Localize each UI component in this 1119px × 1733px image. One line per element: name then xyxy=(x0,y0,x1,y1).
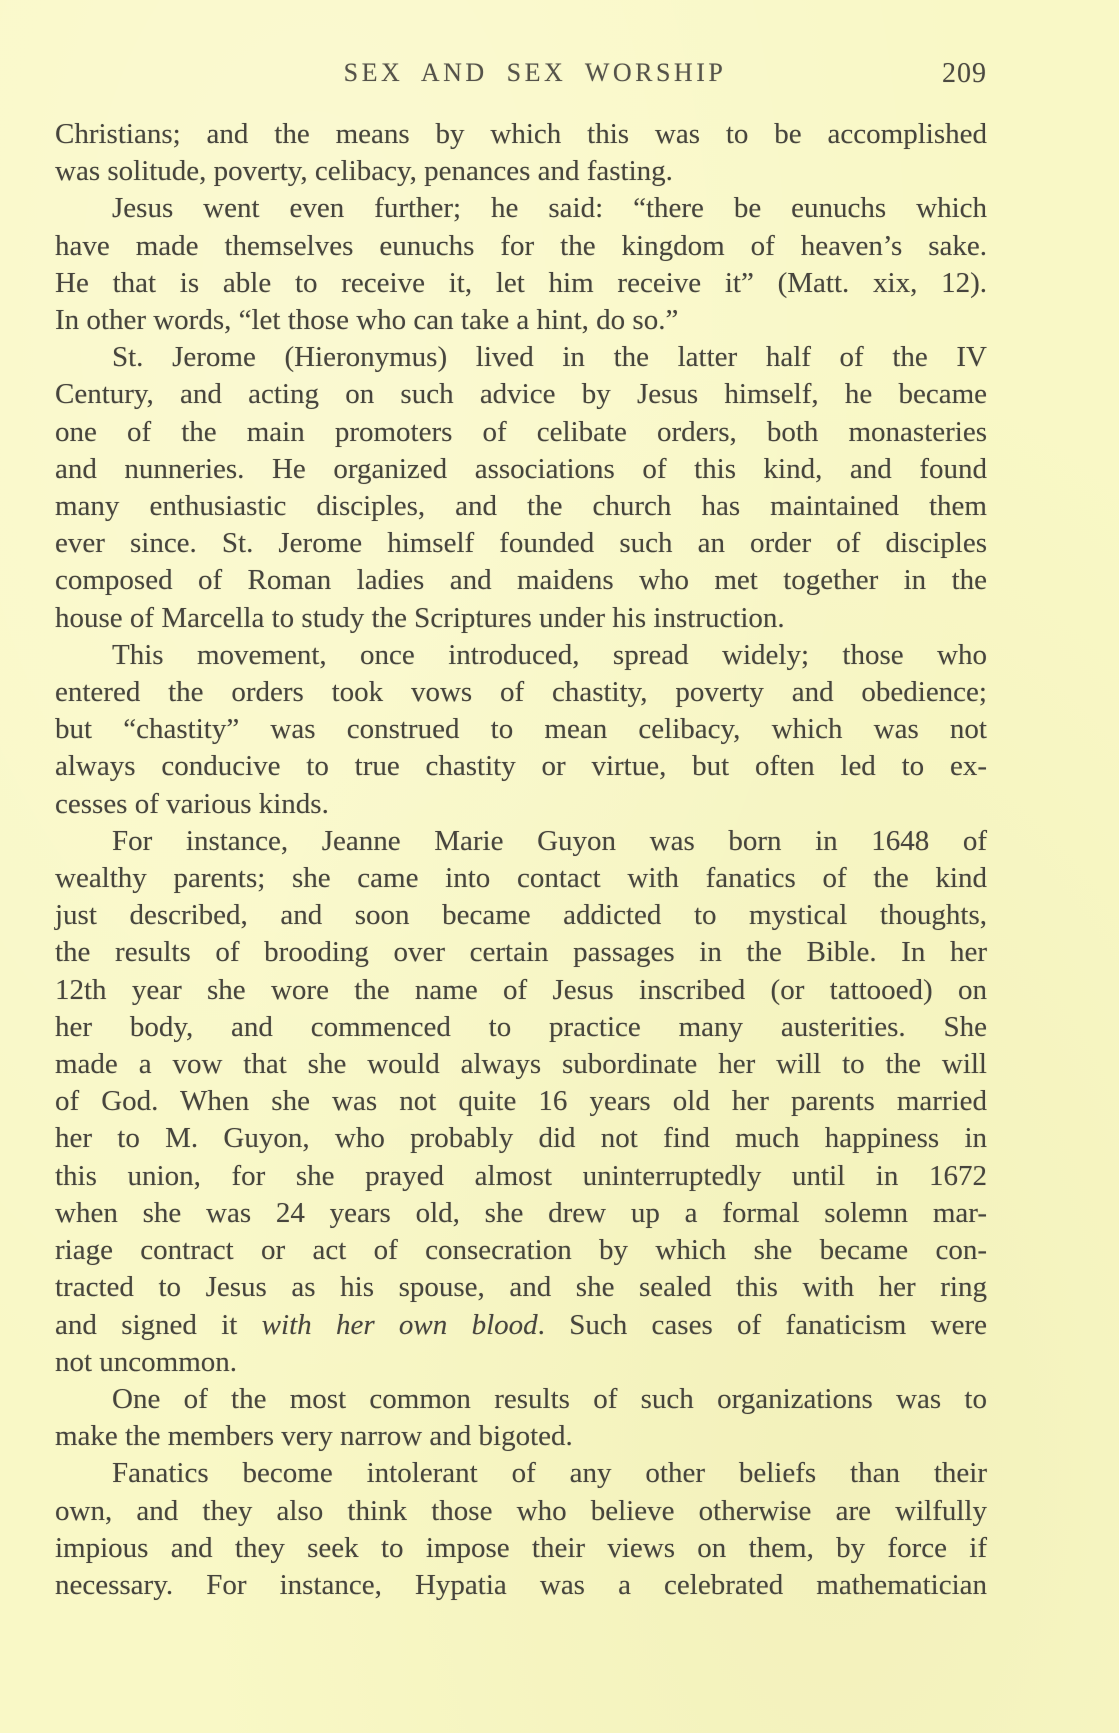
text-segment: In other words, “let those who can take … xyxy=(55,304,678,336)
text-line: necessary. For instance, Hypatia was a c… xyxy=(55,1567,987,1604)
text-line: have made themselves eunuchs for the kin… xyxy=(55,228,987,265)
text-segment: One of the most common results of such o… xyxy=(112,1383,987,1415)
text-line: house of Marcella to study the Scripture… xyxy=(55,600,987,637)
text-line: riage contract or act of consecration by… xyxy=(55,1232,987,1269)
text-line: composed of Roman ladies and maidens who… xyxy=(55,562,987,599)
text-line: 12th year she wore the name of Jesus ins… xyxy=(55,972,987,1009)
text-line: Century, and acting on such advice by Je… xyxy=(55,376,987,413)
text-segment: 12th year she wore the name of Jesus ins… xyxy=(55,974,987,1006)
text-segment: house of Marcella to study the Scripture… xyxy=(55,602,785,634)
text-segment: just described, and soon became addicted… xyxy=(55,899,987,931)
text-line: One of the most common results of such o… xyxy=(55,1381,987,1418)
text-segment: of God. When she was not quite 16 years … xyxy=(55,1085,987,1117)
text-line: one of the main promoters of celibate or… xyxy=(55,414,987,451)
text-line: but “chastity” was construed to mean cel… xyxy=(55,711,987,748)
text-line: and nunneries. He organized associations… xyxy=(55,451,987,488)
text-line: tracted to Jesus as his spouse, and she … xyxy=(55,1269,987,1306)
text-segment: riage contract or act of consecration by… xyxy=(55,1234,987,1266)
text-segment: one of the main promoters of celibate or… xyxy=(55,416,987,448)
text-segment: entered the orders took vows of chastity… xyxy=(55,676,987,708)
text-line: and signed it with her own blood. Such c… xyxy=(55,1307,987,1344)
text-line: In other words, “let those who can take … xyxy=(55,302,987,339)
text-line: He that is able to receive it, let him r… xyxy=(55,265,987,302)
text-line: For instance, Jeanne Marie Guyon was bor… xyxy=(55,823,987,860)
book-page: SEX AND SEX WORSHIP 209 Christians; and … xyxy=(0,0,1119,1733)
text-line: when she was 24 years old, she drew up a… xyxy=(55,1195,987,1232)
text-segment: Jesus went even further; he said: “there… xyxy=(112,192,987,224)
text-line: Fanatics become intolerant of any other … xyxy=(55,1455,987,1492)
text-line: always conducive to true chastity or vir… xyxy=(55,748,987,785)
text-line: make the members very narrow and bigoted… xyxy=(55,1418,987,1455)
text-segment: impious and they seek to impose their vi… xyxy=(55,1532,987,1564)
text-segment: the results of brooding over certain pas… xyxy=(55,936,987,968)
text-segment: was solitude, poverty, celibacy, penance… xyxy=(55,155,673,187)
text-line: her to M. Guyon, who probably did not fi… xyxy=(55,1120,987,1157)
text-line: impious and they seek to impose their vi… xyxy=(55,1530,987,1567)
text-segment: this union, for she prayed almost uninte… xyxy=(55,1160,987,1192)
text-segment: Fanatics become intolerant of any other … xyxy=(112,1457,987,1489)
text-segment: make the members very narrow and bigoted… xyxy=(55,1420,573,1452)
text-line: her body, and commenced to practice many… xyxy=(55,1009,987,1046)
text-line: wealthy parents; she came into contact w… xyxy=(55,860,987,897)
text-segment: have made themselves eunuchs for the kin… xyxy=(55,230,987,262)
page-body: Christians; and the means by which this … xyxy=(55,116,987,1604)
page-header: SEX AND SEX WORSHIP 209 xyxy=(55,58,987,94)
text-segment: This movement, once introduced, spread w… xyxy=(112,639,987,671)
text-line: entered the orders took vows of chastity… xyxy=(55,674,987,711)
text-line: just described, and soon became addicted… xyxy=(55,897,987,934)
text-segment: always conducive to true chastity or vir… xyxy=(55,750,987,782)
text-line: this union, for she prayed almost uninte… xyxy=(55,1158,987,1195)
text-line: was solitude, poverty, celibacy, penance… xyxy=(55,153,987,190)
text-segment: but “chastity” was construed to mean cel… xyxy=(55,713,987,745)
text-segment: tracted to Jesus as his spouse, and she … xyxy=(55,1271,987,1303)
text-segment: composed of Roman ladies and maidens who… xyxy=(55,564,987,596)
text-segment: Christians; and the means by which this … xyxy=(55,118,987,150)
text-line: Jesus went even further; he said: “there… xyxy=(55,190,987,227)
running-title: SEX AND SEX WORSHIP xyxy=(55,58,987,88)
text-segment: wealthy parents; she came into contact w… xyxy=(55,862,987,894)
text-segment: many enthusiastic disciples, and the chu… xyxy=(55,490,987,522)
text-line: many enthusiastic disciples, and the chu… xyxy=(55,488,987,525)
text-segment: her to M. Guyon, who probably did not fi… xyxy=(55,1122,987,1154)
page-number: 209 xyxy=(942,58,987,90)
text-segment: St. Jerome (Hieronymus) lived in the lat… xyxy=(112,341,987,373)
text-segment: her body, and commenced to practice many… xyxy=(55,1011,987,1043)
text-line: made a vow that she would always subordi… xyxy=(55,1046,987,1083)
text-segment: when she was 24 years old, she drew up a… xyxy=(55,1197,987,1229)
text-segment: For instance, Jeanne Marie Guyon was bor… xyxy=(112,825,987,857)
italic-phrase: with her own blood xyxy=(262,1309,538,1341)
text-segment: . Such cases of fanaticism were xyxy=(538,1309,987,1341)
text-line: Christians; and the means by which this … xyxy=(55,116,987,153)
text-line: St. Jerome (Hieronymus) lived in the lat… xyxy=(55,339,987,376)
text-segment: not uncommon. xyxy=(55,1346,237,1378)
text-line: ever since. St. Jerome himself founded s… xyxy=(55,525,987,562)
text-segment: own, and they also think those who belie… xyxy=(55,1495,987,1527)
text-line: This movement, once introduced, spread w… xyxy=(55,637,987,674)
text-segment: and signed it xyxy=(55,1309,262,1341)
text-segment: Century, and acting on such advice by Je… xyxy=(55,378,987,410)
text-line: not uncommon. xyxy=(55,1344,987,1381)
text-line: own, and they also think those who belie… xyxy=(55,1493,987,1530)
text-segment: He that is able to receive it, let him r… xyxy=(55,267,987,299)
text-line: cesses of various kinds. xyxy=(55,786,987,823)
text-line: of God. When she was not quite 16 years … xyxy=(55,1083,987,1120)
text-line: the results of brooding over certain pas… xyxy=(55,934,987,971)
text-segment: made a vow that she would always subordi… xyxy=(55,1048,987,1080)
text-segment: cesses of various kinds. xyxy=(55,788,329,820)
text-segment: ever since. St. Jerome himself founded s… xyxy=(55,527,987,559)
text-segment: necessary. For instance, Hypatia was a c… xyxy=(55,1569,987,1601)
text-segment: and nunneries. He organized associations… xyxy=(55,453,987,485)
